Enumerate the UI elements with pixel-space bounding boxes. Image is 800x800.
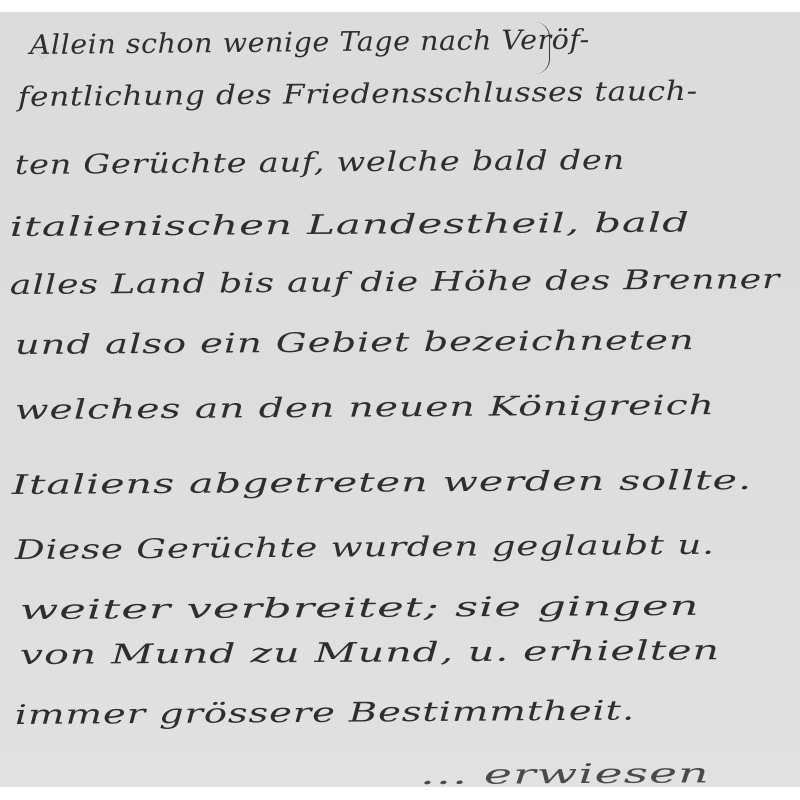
text-line-8: Italiens abgetreten werden sollte. — [12, 465, 753, 501]
text-line-3: ten Gerüchte auf, welche bald den — [15, 145, 625, 181]
text-line-9: Diese Gerüchte wurden geglaubt u. — [15, 530, 715, 566]
text-line-7: welches an den neuen Königreich — [15, 390, 715, 426]
text-line-12: immer grössere Bestimmtheit. — [15, 695, 636, 731]
text-line-11: von Mund zu Mund, u. erhielten — [20, 635, 721, 671]
text-line-6: und also ein Gebiet bezeichneten — [15, 325, 695, 361]
text-line-2: fentlichung des Friedensschlusses tauch- — [18, 76, 698, 113]
text-line-10: weiter verbreitet; sie gingen — [19, 591, 699, 626]
bottom-scan-border — [0, 787, 800, 800]
text-line-4: italienischen Landestheil, bald — [9, 207, 690, 243]
text-line-5: alles Land bis auf die Höhe des Brenner — [10, 264, 781, 301]
text-line-1: Allein schon wenige Tage nach Veröf- — [30, 24, 590, 61]
